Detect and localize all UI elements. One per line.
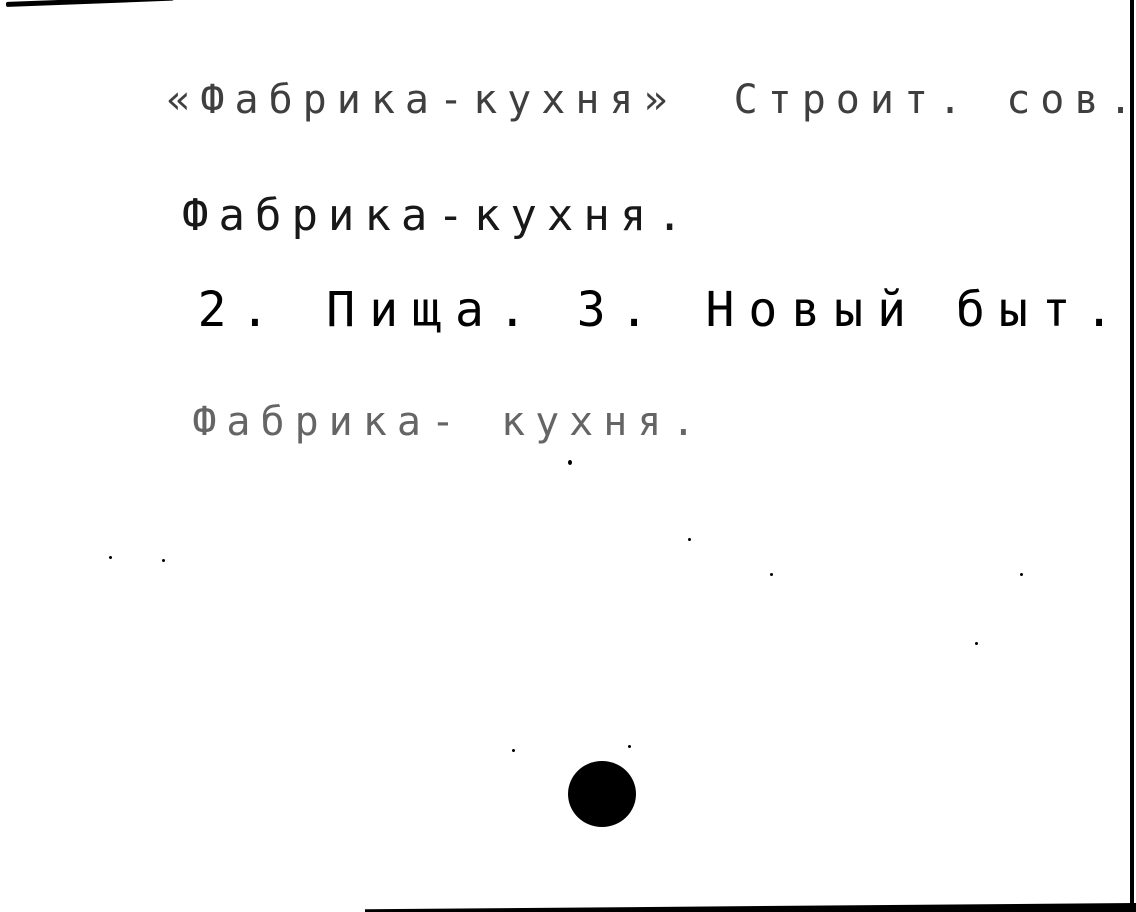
card-line-3: 2. Пища.3. Новыйбыт.с.т. — [26, 238, 1136, 382]
card-line-1: «Фабрика-кухня»Строит. сов. эт — [30, 40, 1136, 160]
cross-ref-2: 2. Пища. — [198, 286, 541, 334]
punch-hole — [568, 761, 636, 827]
card-line-4: Фабрика-кухня. — [56, 362, 705, 482]
scan-speck — [109, 556, 112, 559]
scan-speck — [1020, 573, 1023, 576]
see-also-heading-part-1: Фабрика- — [192, 402, 465, 442]
heading-quoted-title: «Фабрика-кухня» — [166, 80, 677, 120]
scan-speck — [628, 745, 631, 748]
cross-ref-3-cont: быт. — [956, 286, 1128, 334]
scan-speck — [688, 538, 691, 541]
scan-speck — [975, 642, 978, 645]
scan-speck — [162, 559, 165, 562]
bottom-card-edge — [365, 903, 1136, 912]
top-edge-stroke — [6, 0, 174, 7]
scan-speck — [770, 573, 773, 576]
heading-subject-abbrev: Строит. сов. эт — [734, 80, 1136, 120]
catalog-card: «Фабрика-кухня»Строит. сов. эт Фабрика-к… — [0, 0, 1136, 912]
see-also-heading-part-2: кухня. — [501, 402, 706, 442]
scan-speck — [568, 460, 572, 465]
scan-speck — [512, 749, 515, 752]
subject-heading: Фабрика-кухня. — [182, 194, 693, 238]
cross-ref-3: 3. Новый — [577, 286, 920, 334]
